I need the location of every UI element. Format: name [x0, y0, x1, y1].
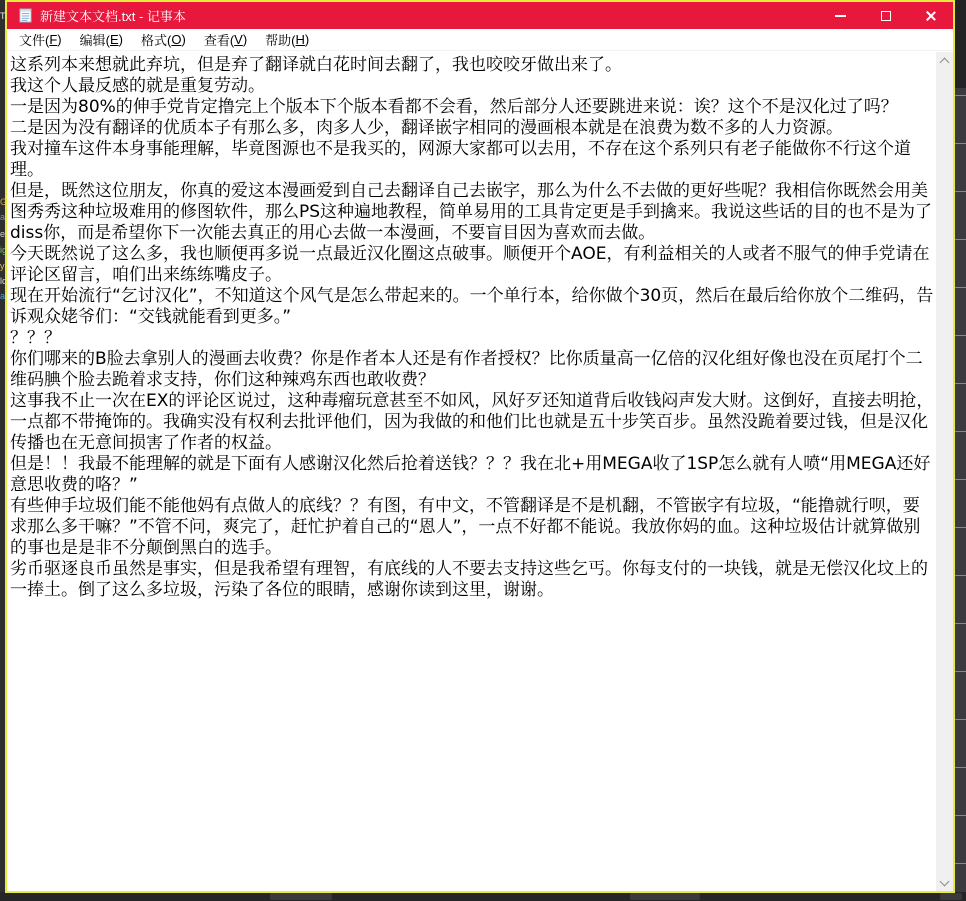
text-line[interactable]: 这系列本来想就此弃坑，但是弃了翻译就白花时间去翻了，我也咬咬牙做出来了。	[10, 55, 935, 76]
desktop-background: T G ai e ig y ld al 新建文本文档.tx	[0, 0, 966, 901]
text-line[interactable]: 这事我不止一次在EX的评论区说过，这种毒瘤玩意甚至不如风，风好歹还知道背后收钱闷…	[10, 391, 935, 454]
text-line[interactable]: 今天既然说了这么多，我也顺便再多说一点最近汉化圈这点破事。顺便开个AOE，有利益…	[10, 244, 935, 286]
background-text-fragment: y	[0, 262, 5, 271]
text-line[interactable]: 我这个人最反感的就是重复劳动。	[10, 76, 935, 97]
window-controls	[818, 2, 953, 29]
text-line[interactable]: 但是，既然这位朋友，你真的爱这本漫画爱到自己去翻译自己去嵌字，那么为什么不去做的…	[10, 181, 935, 244]
minimize-icon	[835, 15, 846, 17]
taskbar-strip	[0, 892, 966, 901]
menu-edit[interactable]: 编辑(E)	[71, 29, 132, 50]
text-line[interactable]: 有些伸手垃圾们能不能他妈有点做人的底线？？有图，有中文，不管翻译是不是机翻，不管…	[10, 496, 935, 559]
taskbar-segment	[270, 893, 332, 900]
taskbar-segment	[630, 893, 700, 900]
menu-help[interactable]: 帮助(H)	[256, 29, 318, 50]
minimize-button[interactable]	[818, 2, 863, 29]
menu-format[interactable]: 格式(O)	[132, 29, 195, 50]
maximize-icon	[881, 11, 891, 21]
text-line[interactable]: 一是因为80%的伸手党肯定撸完上个版本下个版本看都不会看，然后部分人还要跳进来说…	[10, 97, 935, 118]
text-line[interactable]: 现在开始流行“乞讨汉化”，不知道这个风气是怎么带起来的。一个单行本，给你做个30…	[10, 286, 935, 328]
window-title: 新建文本文档.txt - 记事本	[40, 6, 186, 25]
scroll-down-button[interactable]	[936, 874, 953, 891]
menu-bar: 文件(F) 编辑(E) 格式(O) 查看(V) 帮助(H)	[7, 29, 953, 51]
close-button[interactable]	[908, 2, 953, 29]
notepad-icon	[18, 8, 33, 23]
text-line[interactable]: 我对撞车这件本身事能理解，毕竟图源也不是我买的，网源大家都可以去用，不存在这个系…	[10, 139, 935, 181]
chevron-down-icon	[940, 876, 950, 886]
title-bar[interactable]: 新建文本文档.txt - 记事本	[7, 2, 953, 29]
menu-file[interactable]: 文件(F)	[10, 29, 71, 50]
close-icon	[925, 10, 937, 22]
scroll-up-button[interactable]	[936, 52, 953, 69]
text-line[interactable]: 但是！！我最不能理解的就是下面有人感谢汉化然后抢着送钱？？？我在北+用MEGA收…	[10, 454, 935, 496]
text-line[interactable]: 劣币驱逐良币虽然是事实，但是我希望有理智，有底线的人不要去支持这些乞丐。你每支付…	[10, 559, 935, 601]
text-line[interactable]: 你们哪来的B脸去拿别人的漫画去收费？你是作者本人还是有作者授权？比你质量高一亿倍…	[10, 349, 935, 391]
notepad-window: 新建文本文档.txt - 记事本 文件(F) 编辑(E) 格式(O) 查看(V)…	[5, 0, 955, 893]
text-editor[interactable]: 这系列本来想就此弃坑，但是弃了翻译就白花时间去翻了，我也咬咬牙做出来了。我这个人…	[7, 52, 953, 891]
vertical-scrollbar[interactable]	[936, 52, 953, 891]
menu-view[interactable]: 查看(V)	[195, 29, 256, 50]
maximize-button[interactable]	[863, 2, 908, 29]
taskbar-segment	[940, 893, 962, 900]
text-line[interactable]: ？？？	[10, 328, 935, 349]
chevron-up-icon	[940, 57, 950, 67]
document-text[interactable]: 这系列本来想就此弃坑，但是弃了翻译就白花时间去翻了，我也咬咬牙做出来了。我这个人…	[10, 55, 935, 601]
background-window-right-strip	[955, 0, 966, 893]
text-line[interactable]: 二是因为没有翻译的优质本子有那么多，肉多人少，翻译嵌字相同的漫画根本就是在浪费为…	[10, 118, 935, 139]
